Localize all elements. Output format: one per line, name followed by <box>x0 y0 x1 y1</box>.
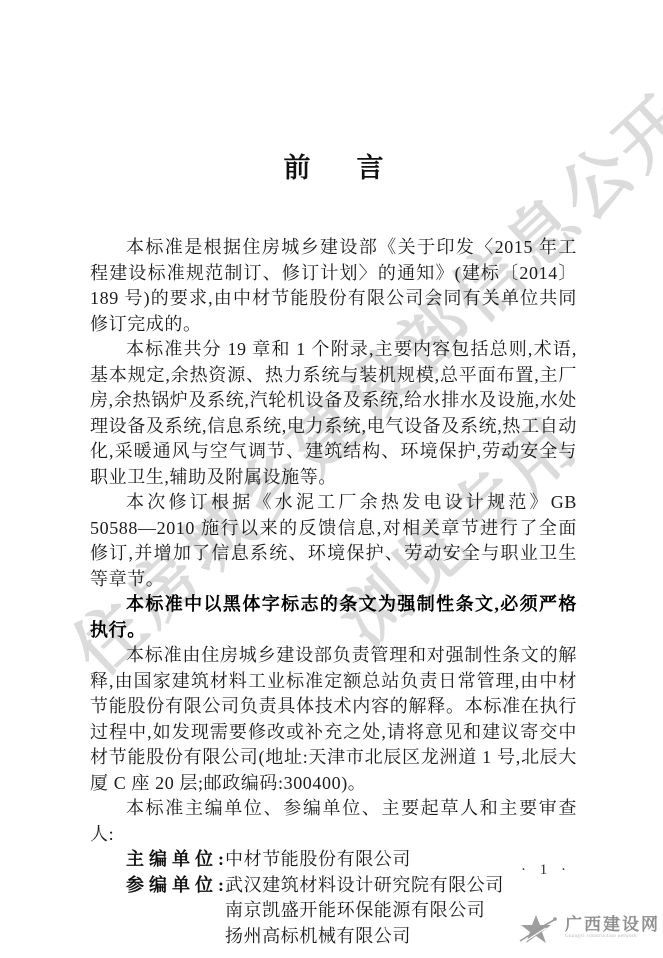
paragraph-basis: 本标准是根据住房城乡建设部《关于印发〈2015 年工程建设标准规范制订、修订计划… <box>90 235 577 337</box>
star-logo-icon <box>516 911 560 956</box>
participating-editors-row: 参编单位: 武汉建筑材料设计研究院有限公司 南京凯盛开能环保能源有限公司 扬州高… <box>90 873 577 950</box>
site-name: 广西建设网 <box>565 915 660 934</box>
participating-editors-label: 参编单位: <box>126 873 225 899</box>
page-title-char-left: 前 <box>284 146 311 185</box>
text-block: 前 言 本标准是根据住房城乡建设部《关于印发〈2015 年工程建设标准规范制订、… <box>90 146 577 949</box>
site-logo: 广西建设网 Guangxi construction network <box>516 911 660 956</box>
paragraph-editors-intro: 本标准主编单位、参编单位、主要起草人和主要审查人: <box>90 796 577 847</box>
paragraph-contents: 本标准共分 19 章和 1 个附录,主要内容包括总则,术语,基本规定,余热资源、… <box>90 337 577 490</box>
paragraph-mandatory-clauses: 本标准中以黑体字标志的条文为强制性条文,必须严格执行。 <box>90 592 577 643</box>
site-logo-text: 广西建设网 Guangxi construction network <box>565 911 660 940</box>
paragraph-revision: 本次修订根据《水泥工厂余热发电设计规范》GB 50588—2010 施行以来的反… <box>90 490 577 592</box>
page-number: · 1 · <box>521 862 571 879</box>
chief-editor-row: 主编单位: 中材节能股份有限公司 <box>90 847 577 873</box>
document-page: 住房城乡建设部信息公开 浏览专用 前 言 本标准是根据住房城乡建设部《关于印发〈… <box>0 0 663 958</box>
paragraph-management: 本标准由住房城乡建设部负责管理和对强制性条文的解释,由国家建筑材料工业标准定额总… <box>90 643 577 796</box>
chief-editor-label: 主编单位: <box>126 847 225 873</box>
page-title-char-right: 言 <box>357 146 384 185</box>
site-tagline: Guangxi construction network <box>565 934 660 940</box>
page-title: 前 言 <box>90 146 577 185</box>
